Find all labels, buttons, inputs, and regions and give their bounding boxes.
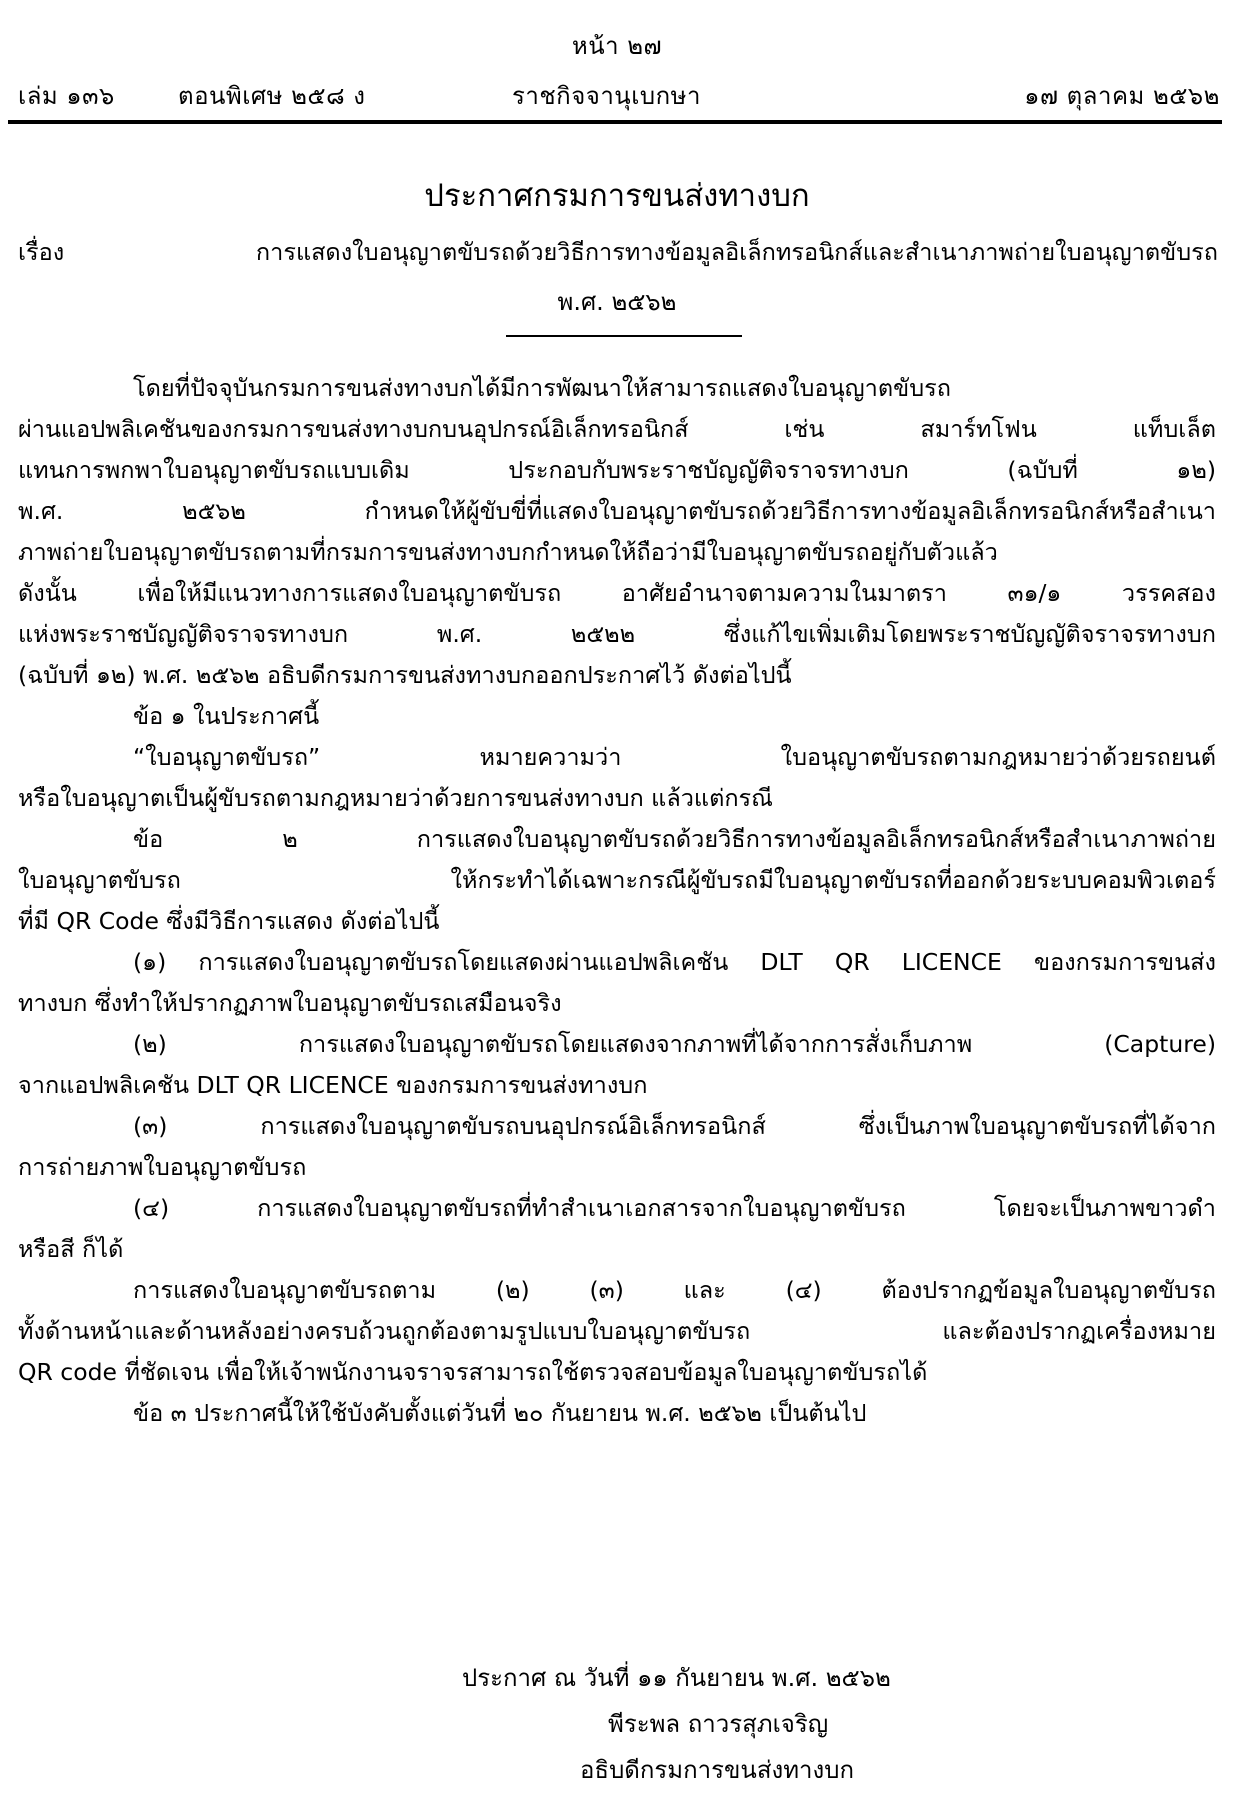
item-4-line: (๔) การแสดงใบอนุญาตขับรถที่ทำสำเนาเอกสาร…	[18, 1188, 1216, 1229]
title-divider	[506, 335, 742, 337]
item-3-line: (๓) การแสดงใบอนุญาตขับรถบนอุปกรณ์อิเล็กท…	[18, 1106, 1216, 1147]
display-requirement-line: QR code ที่ชัดเจน เพื่อให้เจ้าพนักงานจรา…	[18, 1352, 1216, 1393]
signatory-position: อธิบดีกรมการขนส่งทางบก	[580, 1750, 854, 1789]
body-line: แทนการพกพาใบอนุญาตขับรถแบบเดิม ประกอบกับ…	[18, 450, 1216, 491]
body-line: แห่งพระราชบัญญัติจราจรทางบก พ.ศ. ๒๕๒๒ ซึ…	[18, 614, 1216, 655]
header-divider	[8, 120, 1222, 124]
display-requirement-line: ทั้งด้านหน้าและด้านหลังอย่างครบถ้วนถูกต้…	[18, 1311, 1216, 1352]
announcement-date: ประกาศ ณ วันที่ ๑๑ กันยายน พ.ศ. ๒๕๖๒	[462, 1658, 891, 1697]
item-1-line: (๑) การแสดงใบอนุญาตขับรถโดยแสดงผ่านแอปพล…	[18, 942, 1216, 983]
clause-2-line: ที่มี QR Code ซึ่งมีวิธีการแสดง ดังต่อไป…	[18, 901, 1216, 942]
subject-year: พ.ศ. ๒๕๖๒	[0, 282, 1234, 321]
item-3-line: การถ่ายภาพใบอนุญาตขับรถ	[18, 1147, 1216, 1188]
clause-3-line: ข้อ ๓ ประกาศนี้ให้ใช้บังคับตั้งแต่วันที่…	[18, 1393, 1216, 1434]
document-subject: เรื่อง การแสดงใบอนุญาตขับรถด้วยวิธีการทา…	[18, 234, 1218, 271]
clause-1-heading: ข้อ ๑ ในประกาศนี้	[18, 696, 1216, 737]
display-requirement-line: การแสดงใบอนุญาตขับรถตาม (๒) (๓) และ (๔) …	[18, 1270, 1216, 1311]
body-line: ผ่านแอปพลิเคชันของกรมการขนส่งทางบกบนอุปก…	[18, 409, 1216, 450]
definition-line: “ใบอนุญาตขับรถ” หมายความว่า ใบอนุญาตขับร…	[18, 737, 1216, 778]
section-number: ตอนพิเศษ ๒๕๘ ง	[178, 76, 365, 115]
body-line: โดยที่ปัจจุบันกรมการขนส่งทางบกได้มีการพั…	[18, 368, 1216, 409]
definition-line: หรือใบอนุญาตเป็นผู้ขับรถตามกฎหมายว่าด้วย…	[18, 778, 1216, 819]
body-line: ภาพถ่ายใบอนุญาตขับรถตามที่กรมการขนส่งทาง…	[18, 532, 1216, 573]
item-1-line: ทางบก ซึ่งทำให้ปรากฏภาพใบอนุญาตขับรถเสมื…	[18, 983, 1216, 1024]
clause-2-line: ใบอนุญาตขับรถ ให้กระทำได้เฉพาะกรณีผู้ขับ…	[18, 860, 1216, 901]
publication-name: ราชกิจจานุเบกษา	[512, 76, 701, 115]
item-2-line: (๒) การแสดงใบอนุญาตขับรถโดยแสดงจากภาพที่…	[18, 1024, 1216, 1065]
body-line: ดังนั้น เพื่อให้มีแนวทางการแสดงใบอนุญาตข…	[18, 573, 1216, 614]
page-number: หน้า ๒๗	[0, 26, 1234, 65]
item-2-line: จากแอปพลิเคชัน DLT QR LICENCE ของกรมการข…	[18, 1065, 1216, 1106]
gazette-page: หน้า ๒๗ เล่ม ๑๓๖ ตอนพิเศษ ๒๕๘ ง ราชกิจจา…	[0, 0, 1234, 1798]
clause-2-line: ข้อ ๒ การแสดงใบอนุญาตขับรถด้วยวิธีการทาง…	[18, 819, 1216, 860]
document-body: โดยที่ปัจจุบันกรมการขนส่งทางบกได้มีการพั…	[18, 368, 1216, 1434]
item-4-line: หรือสี ก็ได้	[18, 1229, 1216, 1270]
publication-date: ๑๗ ตุลาคม ๒๕๖๒	[1024, 76, 1220, 115]
body-line: พ.ศ. ๒๕๖๒ กำหนดให้ผู้ขับขี่ที่แสดงใบอนุญ…	[18, 491, 1216, 532]
signatory-name: พีระพล ถาวรสุภเจริญ	[608, 1704, 828, 1743]
body-line: (ฉบับที่ ๑๒) พ.ศ. ๒๕๖๒ อธิบดีกรมการขนส่ง…	[18, 655, 1216, 696]
volume-number: เล่ม ๑๓๖	[18, 76, 115, 115]
document-title: ประกาศกรมการขนส่งทางบก	[0, 170, 1234, 220]
